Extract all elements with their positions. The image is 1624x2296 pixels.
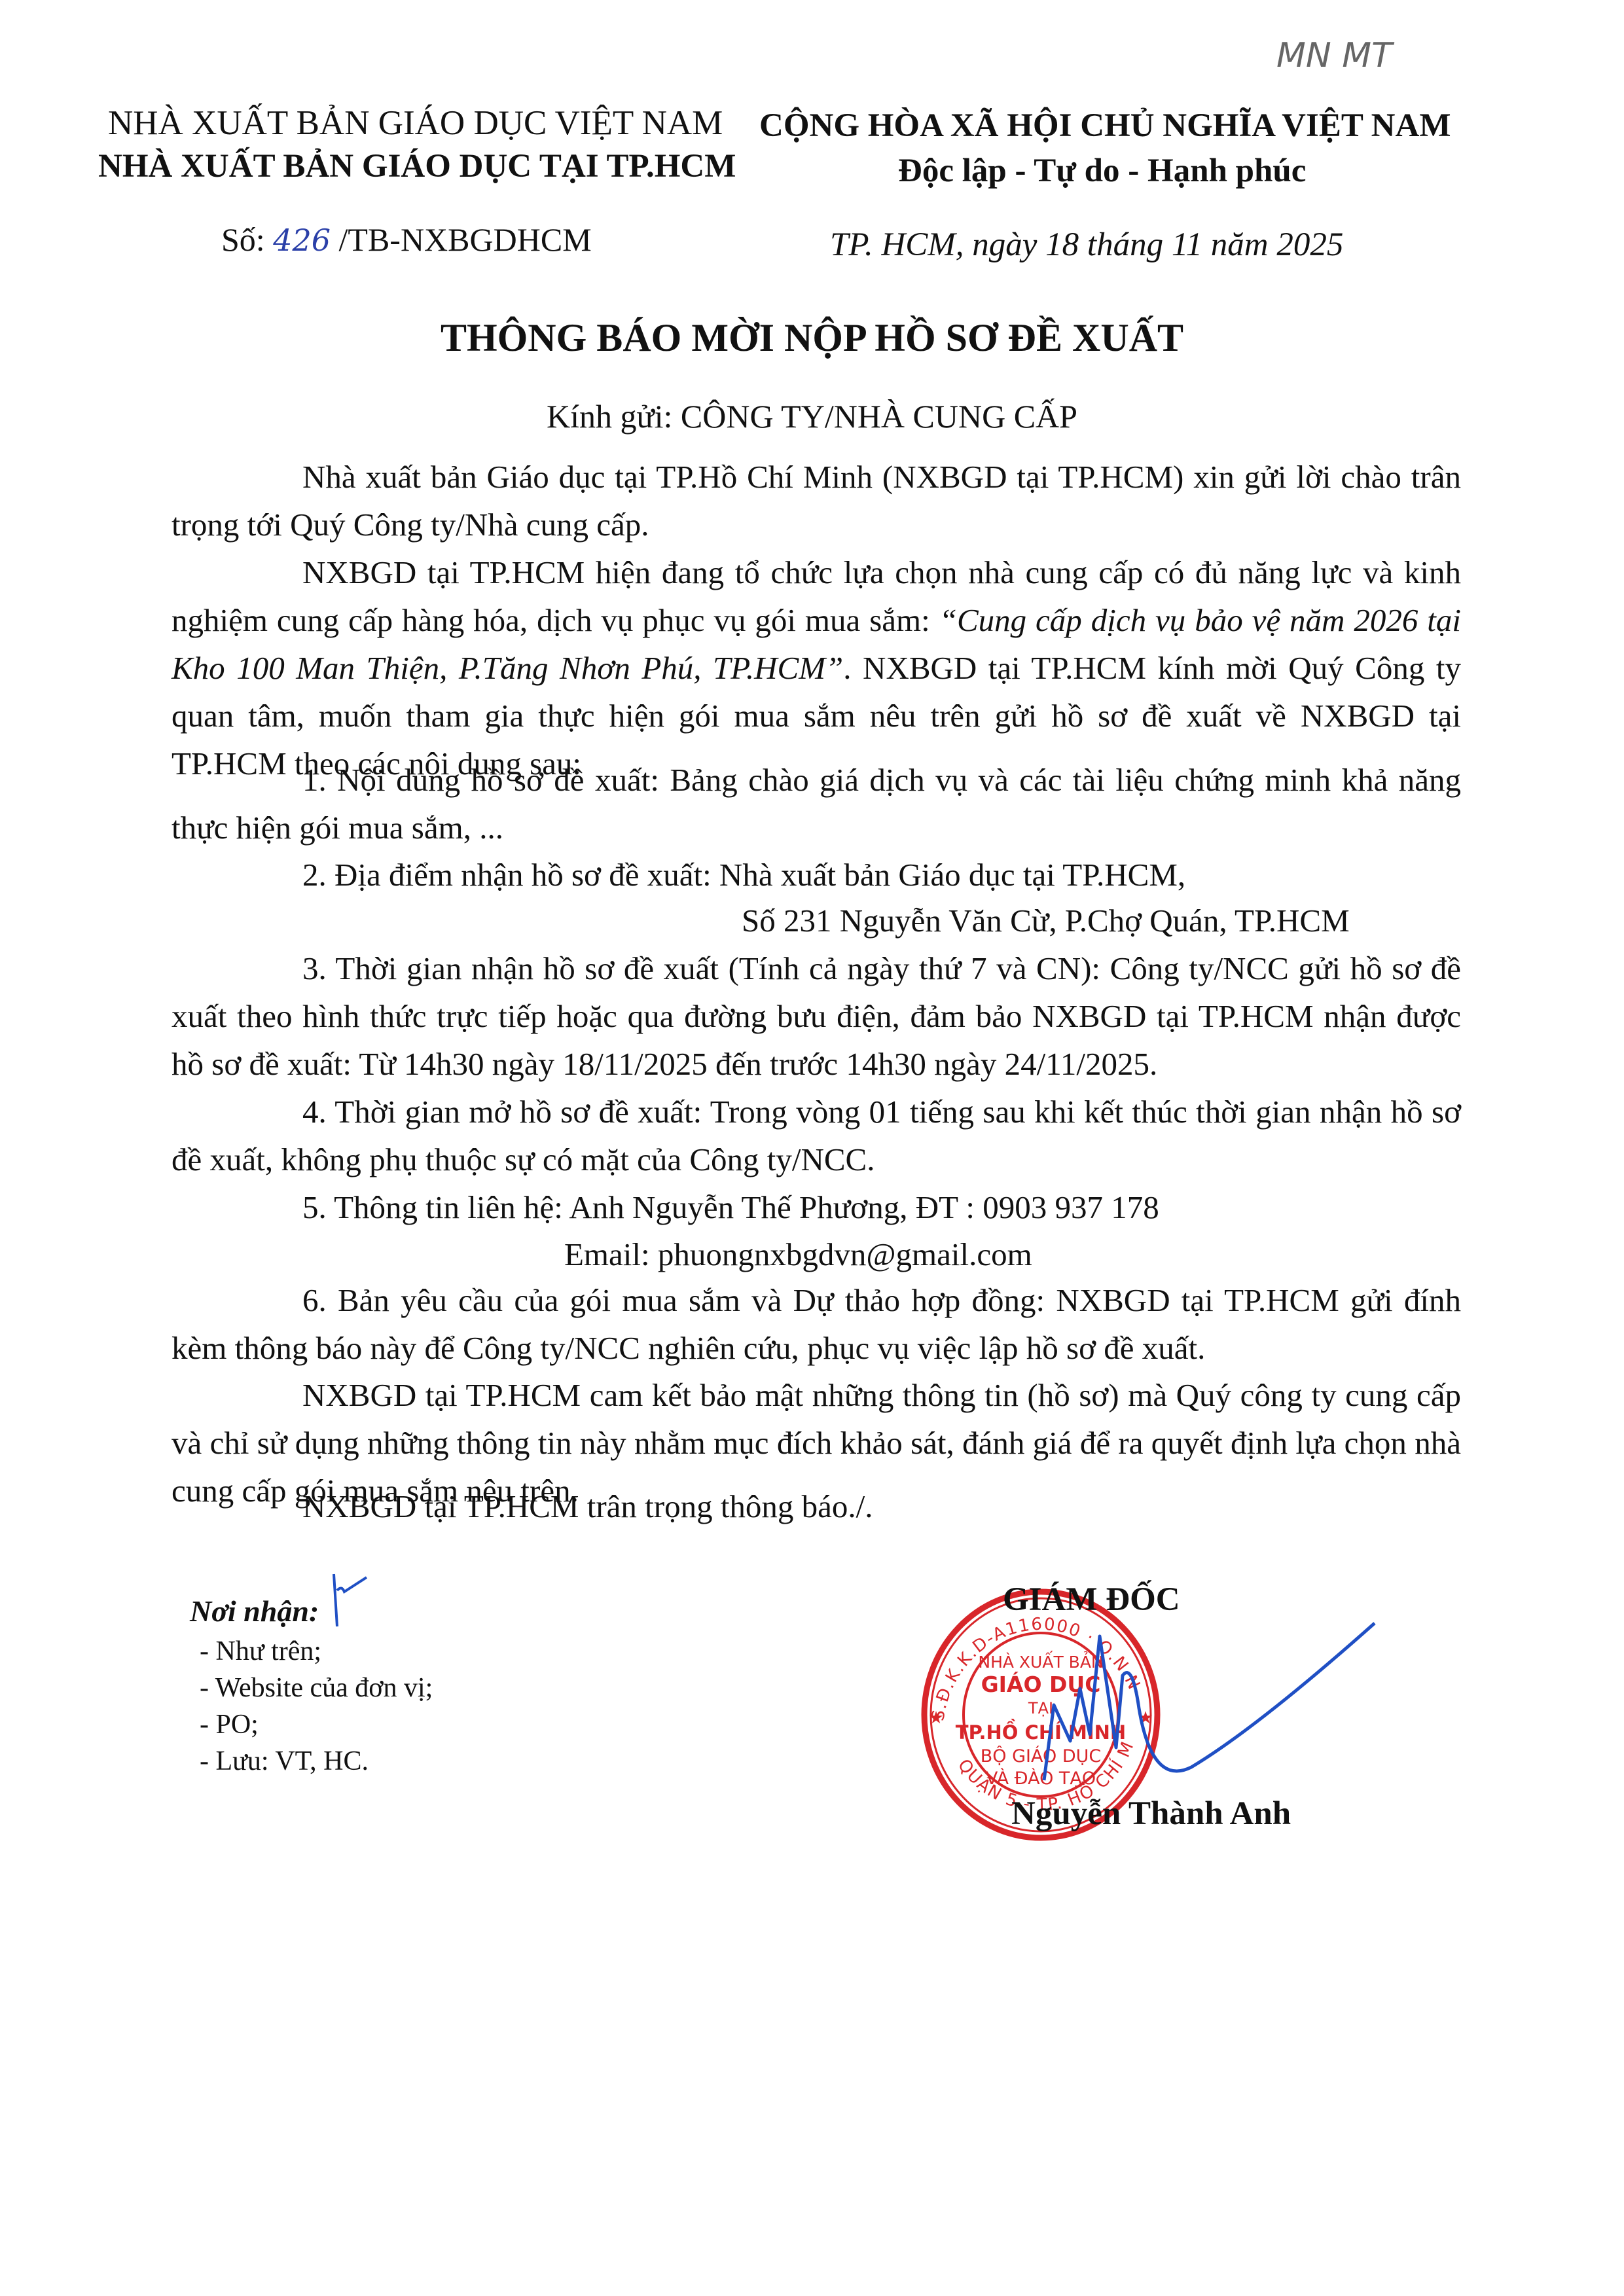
recipient-item: - PO;: [200, 1706, 433, 1743]
item-4: 4. Thời gian mở hồ sơ đề xuất: Trong vòn…: [171, 1088, 1461, 1183]
invitation-paragraph: NXBGD tại TP.HCM hiện đang tổ chức lựa c…: [171, 548, 1461, 787]
recipient-item: - Lưu: VT, HC.: [200, 1743, 433, 1780]
national-motto: Độc lập - Tự do - Hạnh phúc: [898, 152, 1306, 190]
item-2: 2. Địa điểm nhận hồ sơ đề xuất: Nhà xuất…: [171, 851, 1461, 899]
item-3: 3. Thời gian nhận hồ sơ đề xuất (Tính cả…: [171, 944, 1461, 1088]
recipient-line: Kính gửi: CÔNG TY/NHÀ CUNG CẤP: [0, 397, 1624, 435]
place-date: TP. HCM, ngày 18 tháng 11 năm 2025: [830, 226, 1343, 264]
org-name: NHÀ XUẤT BẢN GIÁO DỤC TẠI TP.HCM: [98, 147, 736, 185]
recipients-list: - Như trên; - Website của đơn vị; - PO; …: [200, 1633, 433, 1780]
document-number: Số: 426 /TB-NXBGDHCM: [221, 221, 592, 259]
document-title: THÔNG BÁO MỜI NỘP HỒ SƠ ĐỀ XUẤT: [0, 315, 1624, 361]
item-5: 5. Thông tin liên hệ: Anh Nguyễn Thế Phư…: [171, 1183, 1461, 1231]
signatory-name: Nguyễn Thành Anh: [1011, 1795, 1291, 1833]
doc-number-prefix: Số:: [221, 221, 265, 258]
intro-paragraph: Nhà xuất bản Giáo dục tại TP.Hồ Chí Minh…: [171, 453, 1461, 548]
item-1: 1. Nội dung hồ sơ đề xuất: Bảng chào giá…: [171, 756, 1461, 852]
item-6: 6. Bản yêu cầu của gói mua sắm và Dự thả…: [171, 1276, 1461, 1372]
recipient-item: - Website của đơn vị;: [200, 1670, 433, 1706]
closing-line: NXBGD tại TP.HCM trân trọng thông báo./.: [171, 1482, 1461, 1530]
recipients-label: Nơi nhận:: [190, 1594, 319, 1628]
doc-number-handwritten: 426: [273, 223, 331, 258]
doc-number-suffix: /TB-NXBGDHCM: [339, 221, 592, 258]
recipient-item: - Như trên;: [200, 1633, 433, 1670]
margin-initials: MN MT: [1276, 36, 1392, 75]
recipients-label-text: Nơi nhận: [190, 1594, 309, 1628]
signature-icon: [982, 1610, 1388, 1820]
initial-mark-icon: [327, 1571, 380, 1636]
org-parent: NHÀ XUẤT BẢN GIÁO DỤC VIỆT NAM: [108, 103, 723, 143]
contact-email: Email: phuongnxbgdvn@gmail.com: [564, 1238, 1032, 1270]
address: Số 231 Nguyễn Văn Cừ, P.Chợ Quán, TP.HCM: [742, 905, 1350, 937]
country-name: CỘNG HÒA XÃ HỘI CHỦ NGHĨA VIỆT NAM: [759, 107, 1451, 145]
